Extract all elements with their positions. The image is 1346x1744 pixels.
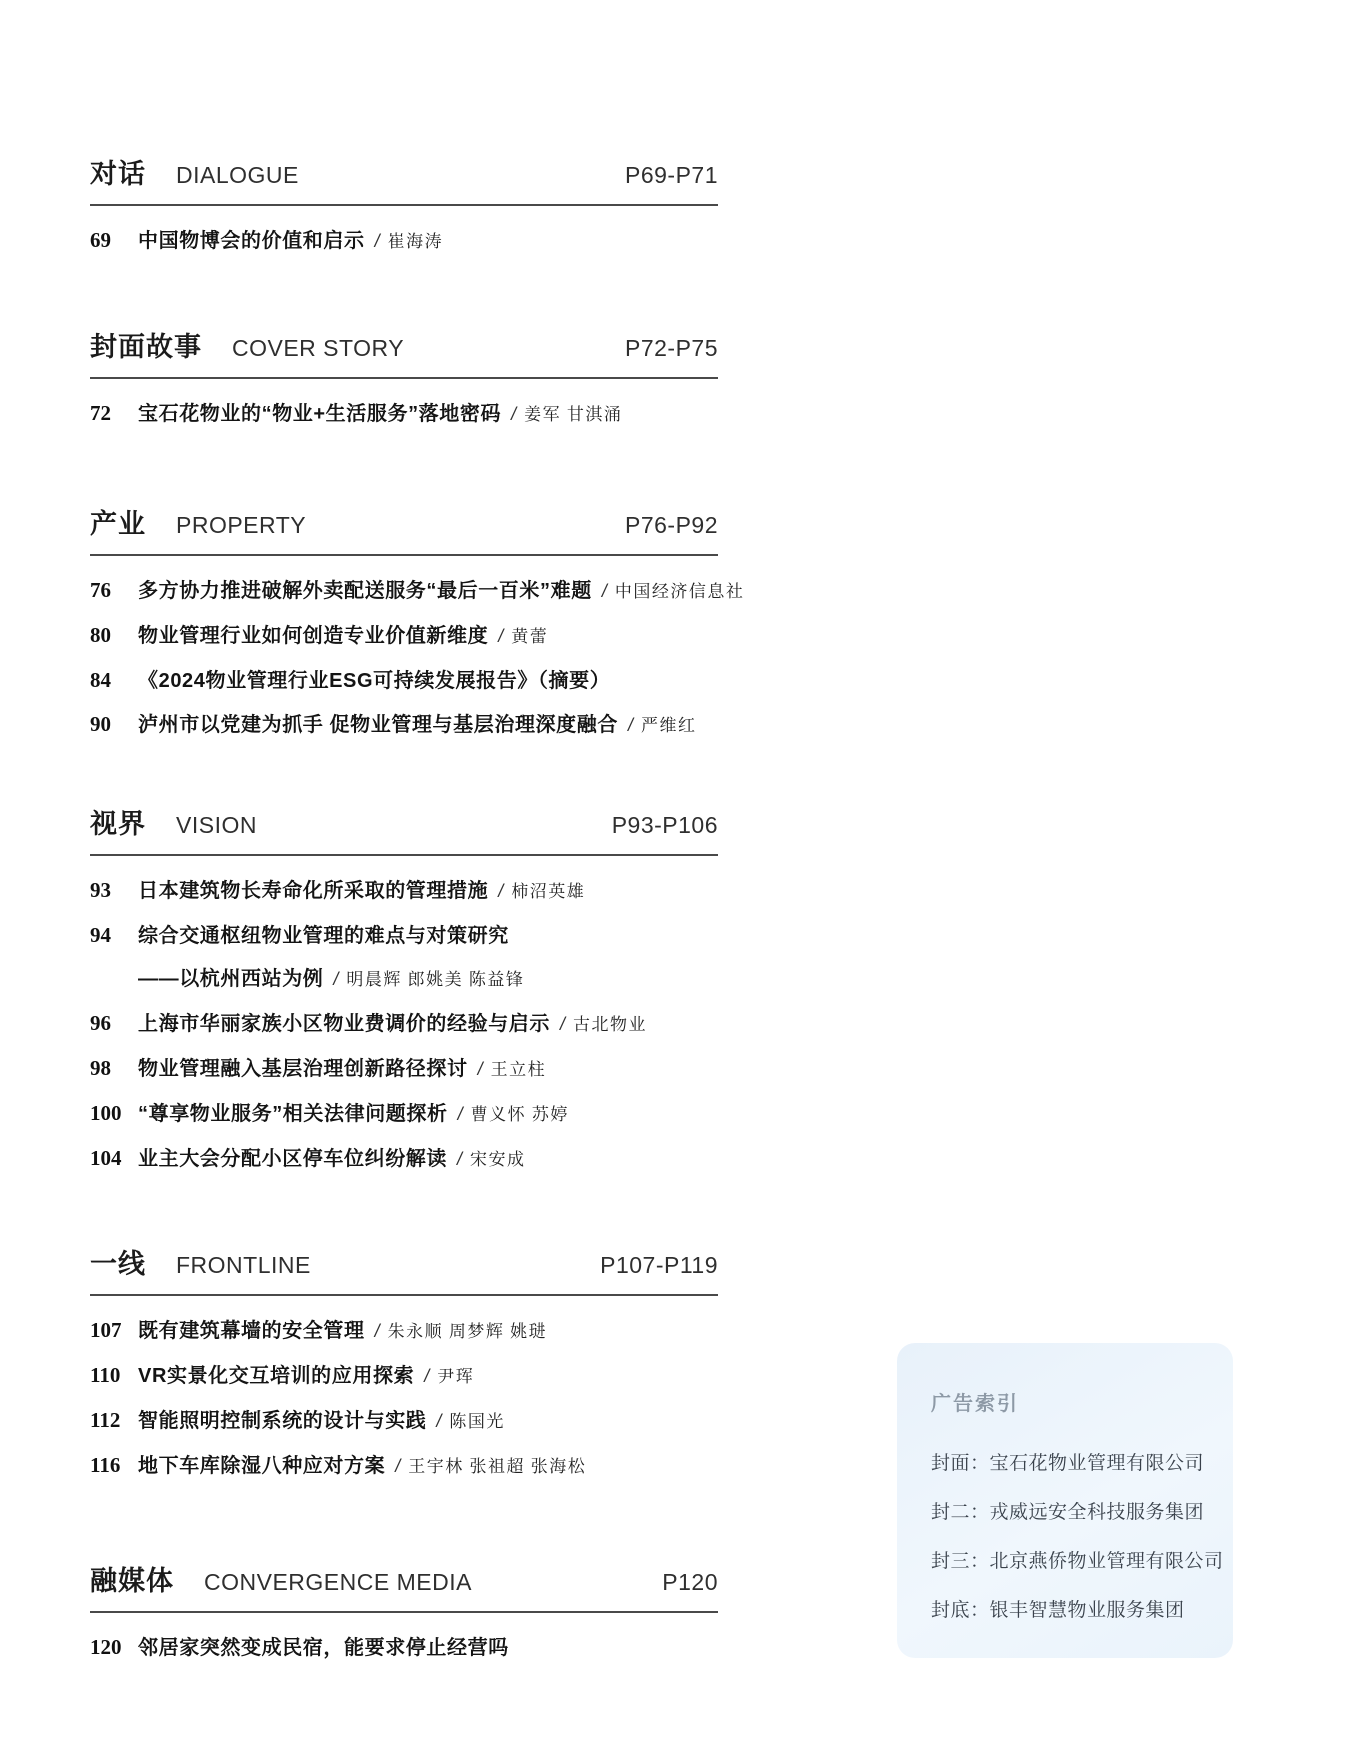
section-rule bbox=[90, 854, 718, 856]
section-entries: 76多方协力推进破解外卖配送服务“最后一百米”难题/中国经济信息社80物业管理行… bbox=[90, 577, 718, 739]
entry-page-number: 69 bbox=[90, 227, 126, 253]
entry-authors: 中国经济信息社 bbox=[615, 579, 745, 605]
section-title-zh: 封面故事 bbox=[90, 331, 202, 363]
entry-authors: 柿沼英雄 bbox=[511, 879, 585, 905]
entry-author-separator: / bbox=[436, 1408, 441, 1434]
toc-entry: 80物业管理行业如何创造专业价值新维度/黄蕾 bbox=[90, 622, 718, 650]
entry-authors: 姜军 甘淇涌 bbox=[524, 402, 622, 428]
toc-entry: 90泸州市以党建为抓手 促物业管理与基层治理深度融合/严维红 bbox=[90, 711, 718, 739]
section-entries: 107既有建筑幕墙的安全管理/朱永顺 周梦辉 姚琎110VR实景化交互培训的应用… bbox=[90, 1317, 718, 1480]
entry-author-separator: / bbox=[333, 966, 338, 992]
ad-index-items: 封面：宝石花物业管理有限公司封二：戎威远安全科技服务集团封三：北京燕侨物业管理有… bbox=[931, 1448, 1205, 1622]
section-dialogue: 对话 DIALOGUE P69-P71 69中国物博会的价值和启示/崔海涛 bbox=[90, 158, 718, 272]
section-title-zh: 视界 bbox=[90, 808, 146, 840]
entry-author-separator: / bbox=[560, 1011, 565, 1037]
entry-page-number: 107 bbox=[90, 1317, 126, 1343]
section-page-range: P93-P106 bbox=[612, 809, 718, 841]
section-page-range: P69-P71 bbox=[625, 159, 718, 191]
section-frontline: 一线 FRONTLINE P107-P119 107既有建筑幕墙的安全管理/朱永… bbox=[90, 1248, 718, 1497]
toc-entry: 84《2024物业管理行业ESG可持续发展报告》（摘要） bbox=[90, 667, 718, 694]
entry-title: 既有建筑幕墙的安全管理 bbox=[138, 1318, 365, 1344]
entry-authors: 古北物业 bbox=[573, 1012, 647, 1038]
toc-entry: 107既有建筑幕墙的安全管理/朱永顺 周梦辉 姚琎 bbox=[90, 1317, 718, 1345]
section-title-en: FRONTLINE bbox=[176, 1249, 311, 1281]
toc-entry: 110VR实景化交互培训的应用探索/尹珲 bbox=[90, 1362, 718, 1390]
entry-page-number: 90 bbox=[90, 711, 126, 737]
entry-page-number: 84 bbox=[90, 667, 126, 693]
entry-authors: 严维红 bbox=[641, 713, 697, 739]
entry-page-number: 72 bbox=[90, 400, 126, 426]
section-title-en: DIALOGUE bbox=[176, 159, 299, 191]
ad-index-title: 广告索引 bbox=[931, 1387, 1205, 1416]
toc-entry-continuation: ——以杭州西站为例/明晨辉 郎姚美 陈益锋 bbox=[90, 966, 718, 993]
section-rule bbox=[90, 377, 718, 379]
section-header: 产业 PROPERTY P76-P92 bbox=[90, 508, 718, 541]
section-entries: 72宝石花物业的“物业+生活服务”落地密码/姜军 甘淇涌 bbox=[90, 400, 718, 428]
entry-authors: 朱永顺 周梦辉 姚琎 bbox=[388, 1319, 548, 1345]
section-header: 一线 FRONTLINE P107-P119 bbox=[90, 1248, 718, 1281]
toc-entry: 98物业管理融入基层治理创新路径探讨/王立柱 bbox=[90, 1055, 718, 1083]
ad-index-box: 广告索引 封面：宝石花物业管理有限公司封二：戎威远安全科技服务集团封三：北京燕侨… bbox=[897, 1343, 1233, 1658]
section-page-range: P107-P119 bbox=[600, 1249, 718, 1281]
section-vision: 视界 VISION P93-P106 93日本建筑物长寿命化所采取的管理措施/柿… bbox=[90, 808, 718, 1190]
section-title-zh: 融媒体 bbox=[90, 1565, 174, 1597]
entry-title: 智能照明控制系统的设计与实践 bbox=[138, 1408, 426, 1434]
entry-page-number: 116 bbox=[90, 1452, 126, 1478]
toc-entry: 69中国物博会的价值和启示/崔海涛 bbox=[90, 227, 718, 255]
entry-author-separator: / bbox=[498, 878, 503, 904]
section-entries: 93日本建筑物长寿命化所采取的管理措施/柿沼英雄94综合交通枢纽物业管理的难点与… bbox=[90, 877, 718, 1173]
section-title-en: COVER STORY bbox=[232, 332, 404, 364]
entry-title: 业主大会分配小区停车位纠纷解读 bbox=[138, 1146, 447, 1172]
entry-title: 日本建筑物长寿命化所采取的管理措施 bbox=[138, 878, 488, 904]
section-rule bbox=[90, 554, 718, 556]
entry-author-separator: / bbox=[375, 228, 380, 254]
toc-entry: 112智能照明控制系统的设计与实践/陈国光 bbox=[90, 1407, 718, 1435]
section-page-range: P76-P92 bbox=[625, 509, 718, 541]
toc-entry: 93日本建筑物长寿命化所采取的管理措施/柿沼英雄 bbox=[90, 877, 718, 905]
section-cover-story: 封面故事 COVER STORY P72-P75 72宝石花物业的“物业+生活服… bbox=[90, 331, 718, 445]
section-header: 封面故事 COVER STORY P72-P75 bbox=[90, 331, 718, 364]
entry-author-separator: / bbox=[498, 623, 503, 649]
section-rule bbox=[90, 1611, 718, 1613]
entry-author-separator: / bbox=[511, 401, 516, 427]
section-convergence-media: 融媒体 CONVERGENCE MEDIA P120 120邻居家突然变成民宿，… bbox=[90, 1565, 718, 1678]
section-title-zh: 对话 bbox=[90, 158, 146, 190]
ad-index-item: 封二：戎威远安全科技服务集团 bbox=[931, 1497, 1205, 1524]
entry-page-number: 100 bbox=[90, 1100, 126, 1126]
entry-title: 《2024物业管理行业ESG可持续发展报告》（摘要） bbox=[138, 668, 610, 694]
entry-title: 中国物博会的价值和启示 bbox=[138, 228, 365, 254]
entry-authors: 尹珲 bbox=[437, 1364, 474, 1390]
entry-author-separator: / bbox=[602, 578, 607, 604]
entry-title: ——以杭州西站为例 bbox=[138, 966, 323, 992]
section-rule bbox=[90, 1294, 718, 1296]
entry-title: 物业管理融入基层治理创新路径探讨 bbox=[138, 1056, 468, 1082]
entry-authors: 明晨辉 郎姚美 陈益锋 bbox=[346, 967, 524, 993]
entry-page-number: 112 bbox=[90, 1407, 126, 1433]
entry-title: 邻居家突然变成民宿，能要求停止经营吗 bbox=[138, 1635, 509, 1661]
ad-index-item: 封底：银丰智慧物业服务集团 bbox=[931, 1595, 1205, 1622]
section-title-zh: 一线 bbox=[90, 1248, 146, 1280]
entry-title: 泸州市以党建为抓手 促物业管理与基层治理深度融合 bbox=[138, 712, 618, 738]
entry-page-number: 98 bbox=[90, 1055, 126, 1081]
entry-authors: 崔海涛 bbox=[388, 229, 444, 255]
toc-entry: 76多方协力推进破解外卖配送服务“最后一百米”难题/中国经济信息社 bbox=[90, 577, 718, 605]
entry-page-number: 110 bbox=[90, 1362, 126, 1388]
entry-title: 上海市华丽家族小区物业费调价的经验与启示 bbox=[138, 1011, 550, 1037]
entry-title: 物业管理行业如何创造专业价值新维度 bbox=[138, 623, 488, 649]
toc-entry: 72宝石花物业的“物业+生活服务”落地密码/姜军 甘淇涌 bbox=[90, 400, 718, 428]
toc-entry: 104业主大会分配小区停车位纠纷解读/宋安成 bbox=[90, 1145, 718, 1173]
section-title-en: VISION bbox=[176, 809, 257, 841]
section-page-range: P120 bbox=[662, 1566, 718, 1598]
entry-authors: 陈国光 bbox=[449, 1409, 505, 1435]
entry-page-number: 93 bbox=[90, 877, 126, 903]
entry-author-separator: / bbox=[424, 1363, 429, 1389]
entry-title: 综合交通枢纽物业管理的难点与对策研究 bbox=[138, 923, 509, 949]
section-property: 产业 PROPERTY P76-P92 76多方协力推进破解外卖配送服务“最后一… bbox=[90, 508, 718, 756]
entry-author-separator: / bbox=[478, 1056, 483, 1082]
section-header: 对话 DIALOGUE P69-P71 bbox=[90, 158, 718, 191]
section-title-zh: 产业 bbox=[90, 508, 146, 540]
section-header: 融媒体 CONVERGENCE MEDIA P120 bbox=[90, 1565, 718, 1598]
entry-author-separator: / bbox=[395, 1453, 400, 1479]
section-title-en: PROPERTY bbox=[176, 509, 306, 541]
ad-index-item: 封面：宝石花物业管理有限公司 bbox=[931, 1448, 1205, 1475]
entry-page-number: 104 bbox=[90, 1145, 126, 1171]
section-entries: 69中国物博会的价值和启示/崔海涛 bbox=[90, 227, 718, 255]
toc-entry: 96上海市华丽家族小区物业费调价的经验与启示/古北物业 bbox=[90, 1010, 718, 1038]
entry-author-separator: / bbox=[458, 1101, 463, 1127]
section-page-range: P72-P75 bbox=[625, 332, 718, 364]
entry-title: 宝石花物业的“物业+生活服务”落地密码 bbox=[138, 401, 501, 427]
entry-page-number: 120 bbox=[90, 1634, 126, 1660]
toc-entry: 120邻居家突然变成民宿，能要求停止经营吗 bbox=[90, 1634, 718, 1661]
entry-author-separator: / bbox=[457, 1146, 462, 1172]
entry-page-number: 96 bbox=[90, 1010, 126, 1036]
entry-author-separator: / bbox=[375, 1318, 380, 1344]
entry-page-number: 80 bbox=[90, 622, 126, 648]
entry-title: 多方协力推进破解外卖配送服务“最后一百米”难题 bbox=[138, 578, 592, 604]
entry-authors: 曹义怀 苏婷 bbox=[471, 1102, 569, 1128]
ad-index-item: 封三：北京燕侨物业管理有限公司 bbox=[931, 1546, 1205, 1573]
entry-page-number: 94 bbox=[90, 922, 126, 948]
section-entries: 120邻居家突然变成民宿，能要求停止经营吗 bbox=[90, 1634, 718, 1661]
entry-authors: 黄蕾 bbox=[511, 624, 548, 650]
entry-author-separator: / bbox=[628, 712, 633, 738]
toc-entry: 100“尊享物业服务”相关法律问题探析/曹义怀 苏婷 bbox=[90, 1100, 718, 1128]
entry-title: “尊享物业服务”相关法律问题探析 bbox=[138, 1101, 448, 1127]
toc-entry: 116地下车库除湿八种应对方案/王宇林 张祖超 张海松 bbox=[90, 1452, 718, 1480]
section-rule bbox=[90, 204, 718, 206]
entry-page-number: 76 bbox=[90, 577, 126, 603]
entry-title: 地下车库除湿八种应对方案 bbox=[138, 1453, 385, 1479]
entry-authors: 宋安成 bbox=[470, 1147, 526, 1173]
toc-entry: 94综合交通枢纽物业管理的难点与对策研究 bbox=[90, 922, 718, 949]
entry-title: VR实景化交互培训的应用探索 bbox=[138, 1363, 414, 1389]
section-header: 视界 VISION P93-P106 bbox=[90, 808, 718, 841]
section-title-en: CONVERGENCE MEDIA bbox=[204, 1566, 472, 1598]
entry-authors: 王宇林 张祖超 张海松 bbox=[408, 1454, 586, 1480]
entry-authors: 王立柱 bbox=[491, 1057, 547, 1083]
